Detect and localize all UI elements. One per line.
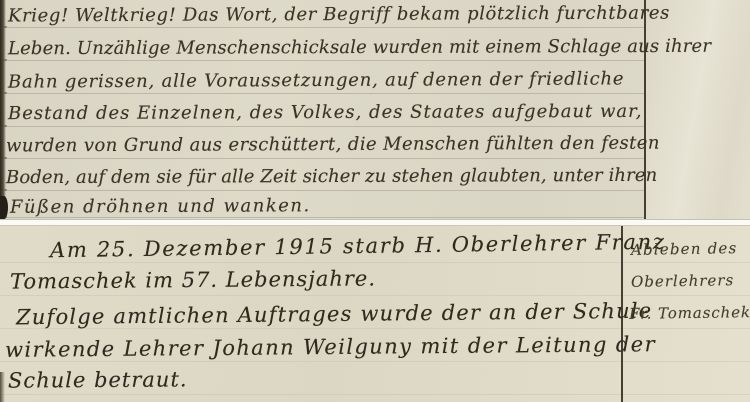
handwritten-line: Am 25. Dezember 1915 starb H. Oberlehrer… xyxy=(50,230,666,263)
handwritten-line: wurden von Grund aus erschüttert, die Me… xyxy=(6,133,660,157)
scan-strip-divider xyxy=(0,219,750,226)
ruling-line xyxy=(0,262,750,263)
margin-note-line: Fr. Tomaschek xyxy=(629,303,750,323)
handwritten-line: Schule betraut. xyxy=(8,367,188,392)
ruling-line xyxy=(0,93,662,94)
scan-strip-bottom: Am 25. Dezember 1915 starb H. Oberlehrer… xyxy=(0,226,750,402)
margin-note-line: Oberlehrers xyxy=(631,271,735,291)
scan-edge-shadow xyxy=(0,372,5,402)
page-right-margin xyxy=(646,0,750,219)
scan-edge-mark xyxy=(0,196,8,219)
margin-note-line: Ableben des xyxy=(631,239,738,259)
handwritten-line: Bestand des Einzelnen, des Volkes, des S… xyxy=(8,101,643,124)
ruling-line xyxy=(0,158,662,159)
ruling-line xyxy=(0,295,750,296)
ruling-line xyxy=(0,27,662,28)
handwritten-line: Krieg! Weltkrieg! Das Wort, der Begriff … xyxy=(8,3,670,27)
ruling-line xyxy=(0,190,662,191)
handwritten-line: Tomaschek im 57. Lebensjahre. xyxy=(10,266,376,293)
ruling-line xyxy=(0,60,662,61)
handwritten-line: Bahn gerissen, alle Voraussetzungen, auf… xyxy=(8,68,624,92)
ruling-line xyxy=(0,361,750,362)
handwritten-line: Füßen dröhnen und wanken. xyxy=(10,195,311,218)
scanned-chronicle-page: Krieg! Weltkrieg! Das Wort, der Begriff … xyxy=(0,0,750,402)
ruling-line xyxy=(0,394,750,395)
scan-strip-top: Krieg! Weltkrieg! Das Wort, der Begriff … xyxy=(0,0,750,219)
scan-edge-shadow xyxy=(0,0,6,219)
ruling-line xyxy=(0,126,662,127)
margin-vertical-rule xyxy=(644,0,646,219)
handwritten-line: Boden, auf dem sie für alle Zeit sicher … xyxy=(6,165,657,188)
handwritten-line: Zufolge amtlichen Auftrages wurde der an… xyxy=(16,299,653,330)
handwritten-line: Leben. Unzählige Menschenschicksale wurd… xyxy=(8,36,711,59)
handwritten-line: wirkende Lehrer Johann Weilguny mit der … xyxy=(5,332,656,362)
